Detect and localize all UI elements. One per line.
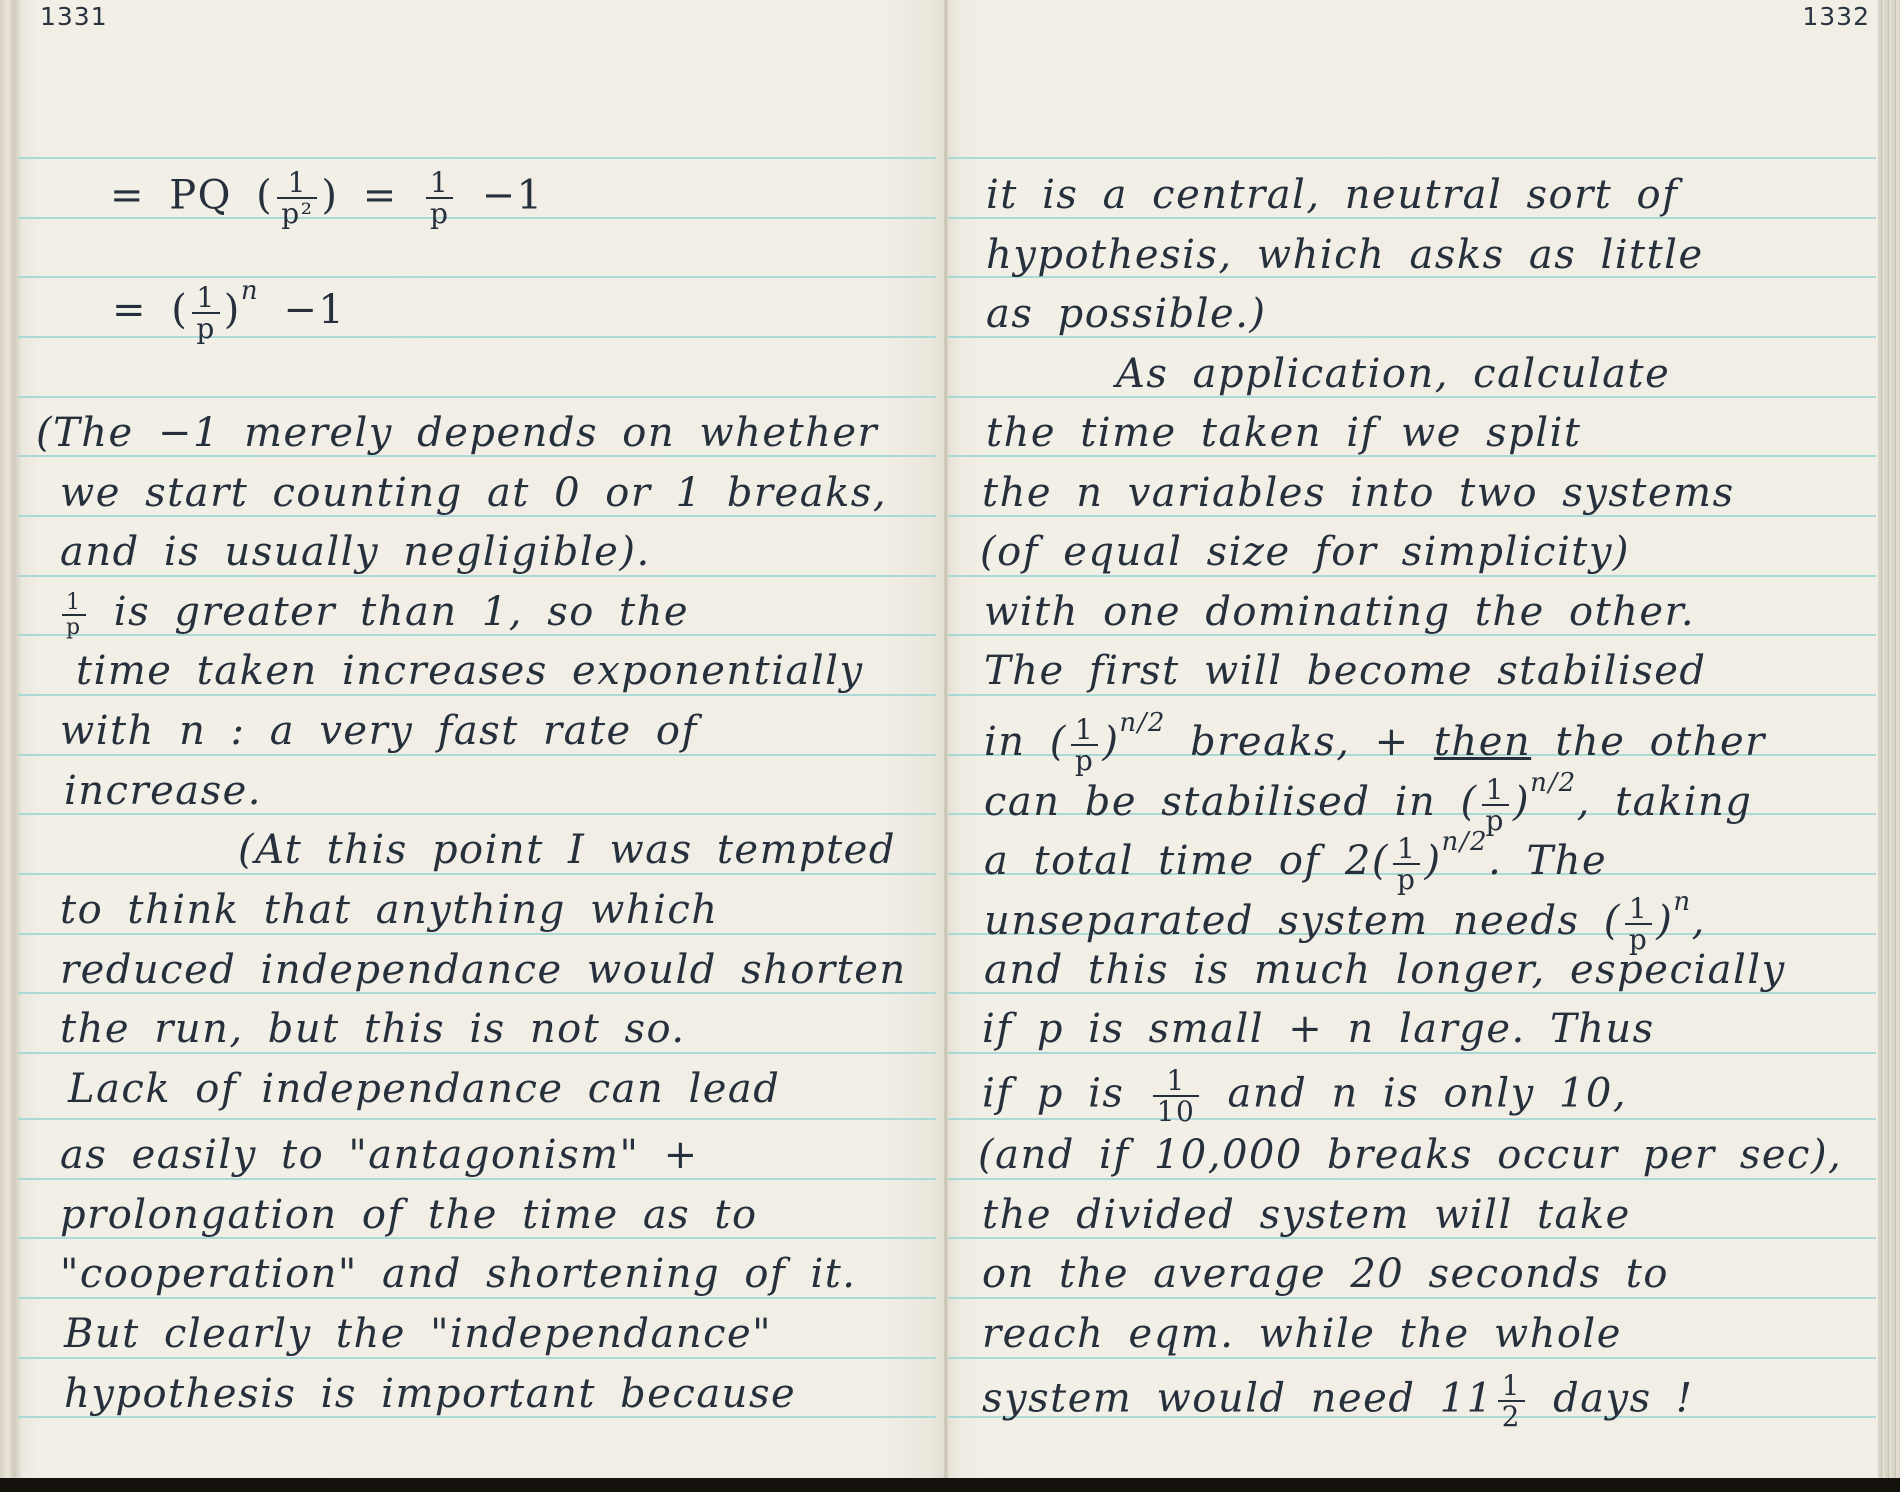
ruled-line <box>18 575 936 577</box>
text-line: prolongation of the time as to <box>60 1192 758 1238</box>
ruled-line <box>18 754 936 756</box>
ruled-line <box>18 1178 936 1180</box>
fraction: 12 <box>1498 1371 1525 1432</box>
right-page: 1332 it is a central, neutral sort of hy… <box>946 0 1900 1478</box>
ruled-line <box>946 575 1876 577</box>
notebook-spread: 1331 = PQ (1p²) = 1p −1 = (1p)n −1 (The … <box>0 0 1900 1478</box>
text-line: (At this point I was tempted <box>238 827 896 873</box>
equation-line-2: = (1p)n −1 <box>112 276 345 343</box>
text-line: it is a central, neutral sort of <box>986 172 1678 218</box>
text-line: can be stabilised in (1p)n/2, taking <box>984 768 1752 835</box>
ruled-line <box>946 1052 1876 1054</box>
fraction: 1p <box>192 283 219 344</box>
text-line: the time taken if we split <box>986 410 1581 456</box>
text-line: Lack of independance can lead <box>68 1066 780 1112</box>
text-line: But clearly the "independance" <box>64 1311 772 1357</box>
left-page: 1331 = PQ (1p²) = 1p −1 = (1p)n −1 (The … <box>0 0 946 1478</box>
text-line: as possible.) <box>986 291 1267 337</box>
text-line: as easily to "antagonism" + <box>60 1132 699 1178</box>
fraction: 1p <box>1393 834 1420 895</box>
fraction: 1p² <box>277 168 317 229</box>
ruled-line <box>946 1178 1876 1180</box>
ruled-line <box>946 157 1876 159</box>
scan-background <box>0 1478 1900 1492</box>
text-line: and is usually negligible). <box>60 529 651 575</box>
text-line: hypothesis, which asks as little <box>986 232 1704 278</box>
text-line: hypothesis is important because <box>64 1371 796 1417</box>
ruled-line <box>946 694 1876 696</box>
underlined-word: then <box>1434 719 1531 765</box>
inline-fraction: 1p <box>62 591 86 639</box>
text-line: reduced independance would shorten <box>60 947 907 993</box>
ruled-line <box>18 1357 936 1359</box>
text-line: increase. <box>64 768 262 814</box>
fraction: 110 <box>1153 1066 1200 1127</box>
equation-line-1: = PQ (1p²) = 1p −1 <box>110 168 544 229</box>
fraction: 1p <box>426 168 453 229</box>
text-line: unseparated system needs (1p)n, <box>984 887 1706 954</box>
text-line: The first will become stabilised <box>984 648 1707 694</box>
text-line: "cooperation" and shortening of it. <box>60 1251 857 1297</box>
fraction: 1p <box>1071 715 1098 776</box>
text-line: the n variables into two systems <box>982 470 1735 516</box>
ruled-line <box>18 1118 936 1120</box>
text-line: in (1p)n/2 breaks, + then the other <box>984 708 1766 775</box>
text-line: (and if 10,000 breaks occur per sec), <box>978 1132 1842 1178</box>
ruled-line <box>18 694 936 696</box>
text-line: with one dominating the other. <box>984 589 1695 635</box>
ruled-line <box>18 157 936 159</box>
ruled-line <box>18 396 936 398</box>
text-line: if p is 110 and n is only 10, <box>982 1066 1627 1127</box>
text-line: system would need 1112 days ! <box>982 1371 1693 1432</box>
ruled-line <box>18 1052 936 1054</box>
text-line: reach eqm. while the whole <box>982 1311 1622 1357</box>
text-line: a total time of 2(1p)n/2. The <box>984 827 1607 894</box>
text-line: to think that anything which <box>60 887 719 933</box>
fraction: 1p <box>1625 894 1652 955</box>
text-line: with n : a very fast rate of <box>60 708 698 754</box>
text-line: 1p is greater than 1, so the <box>58 589 689 639</box>
ruled-line <box>18 1297 936 1299</box>
text-line: As application, calculate <box>1116 351 1670 397</box>
ruled-line <box>946 1297 1876 1299</box>
page-number: 1332 <box>1802 2 1870 31</box>
book-gutter <box>944 0 948 1478</box>
text-line: and this is much longer, especially <box>984 947 1786 993</box>
text-line: if p is small + n large. Thus <box>982 1006 1655 1052</box>
text-line: (of equal size for simplicity) <box>980 529 1630 575</box>
text-line: on the average 20 seconds to <box>982 1251 1669 1297</box>
text-line: (The −1 merely depends on whether <box>36 410 878 456</box>
text-line: the run, but this is not so. <box>60 1006 686 1052</box>
ruled-line <box>946 1357 1876 1359</box>
ruled-line <box>18 873 936 875</box>
text-line: the divided system will take <box>982 1192 1631 1238</box>
text-line: we start counting at 0 or 1 breaks, <box>60 470 887 516</box>
text-line: time taken increases exponentially <box>76 648 864 694</box>
page-number: 1331 <box>40 2 108 31</box>
ruled-line <box>18 933 936 935</box>
